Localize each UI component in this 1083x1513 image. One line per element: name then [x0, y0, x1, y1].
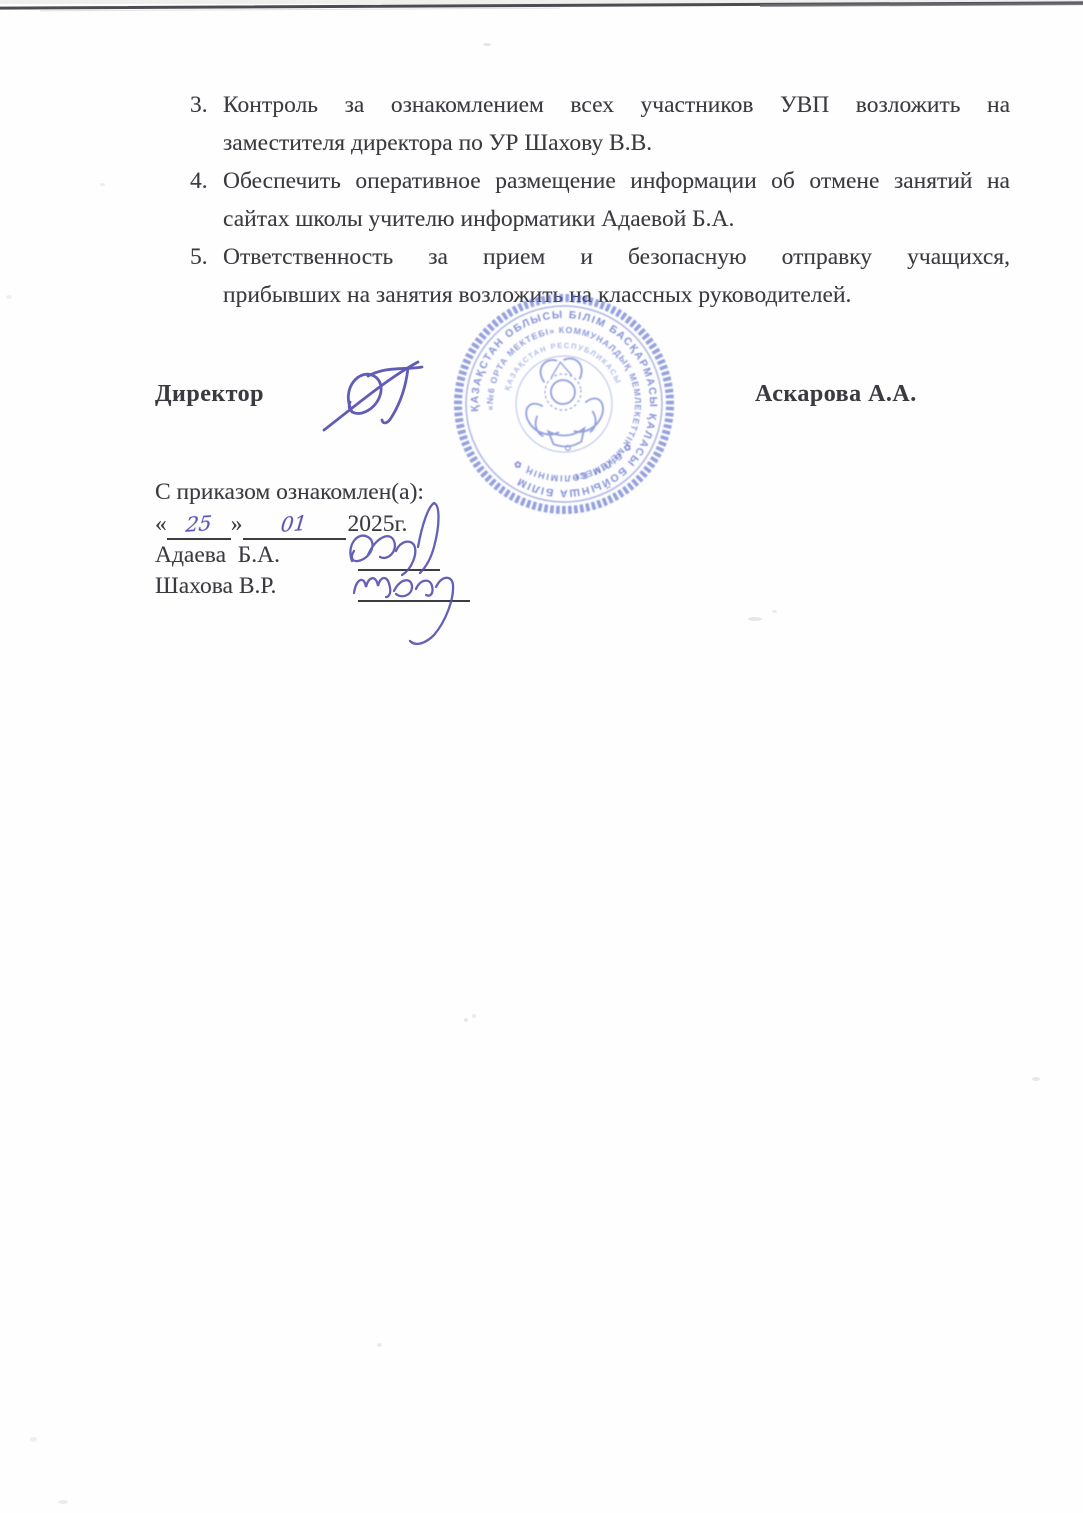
list-item-text: Обеспечить оперативное размещение информ… [223, 162, 1010, 238]
date-day-blank: 25 [167, 508, 231, 540]
director-name: Аскарова А.А. [755, 381, 917, 408]
list-item: 4. Обеспечить оперативное размещение инф… [190, 162, 1010, 238]
signature-line [358, 572, 470, 602]
handwritten-day: 25 [184, 507, 213, 541]
scan-speck [464, 1018, 468, 1022]
signatory-name: Адаева Б.А. [155, 540, 358, 571]
date-month-blank: 01 [243, 508, 346, 540]
list-item-line: заместителя директора по УР Шахову В.В. [223, 124, 1010, 162]
official-round-stamp-icon: ҚАЗАҚСТАН ОБЛЫСЫ БІЛІМ БАСҚАРМАСЫ ҚАЛАСЫ… [438, 278, 689, 529]
scan-speck [377, 1343, 382, 1347]
list-item-number: 3. [190, 86, 223, 162]
list-item-number: 5. [190, 238, 223, 314]
signatory-name: Шахова В.Р. [155, 571, 358, 602]
scan-speck [30, 1437, 37, 1442]
handwritten-month: 01 [279, 507, 308, 541]
scan-speck [6, 295, 12, 299]
open-quote: « [155, 511, 167, 537]
scan-speck [748, 617, 762, 621]
scan-speck [1032, 1077, 1040, 1081]
stamp-emblem-icon [522, 356, 607, 454]
list-item: 3. Контроль за ознакомлением всех участн… [190, 86, 1010, 162]
signatory-row: Шахова В.Р. [155, 571, 470, 602]
list-item-text: Контроль за ознакомлением всех участнико… [223, 86, 1010, 162]
scan-speck [472, 1014, 476, 1018]
list-item-line: сайтах школы учителю информатики Адаевой… [223, 200, 1010, 238]
scan-speck [100, 183, 105, 186]
shahova-signature-icon [346, 547, 491, 652]
close-quote: » [231, 511, 243, 537]
list-item-line: Контроль за ознакомлением всех участнико… [223, 86, 1010, 124]
scan-speck [772, 610, 777, 613]
scan-speck [58, 1500, 68, 1504]
scan-edge-line-right [760, 2, 1083, 7]
list-item-line: Обеспечить оперативное размещение информ… [223, 162, 1010, 200]
list-item-number: 4. [190, 162, 223, 238]
director-label: Директор [155, 381, 264, 408]
director-signature-icon [312, 348, 442, 448]
scanned-order-page: 3. Контроль за ознакомлением всех участн… [0, 0, 1083, 1513]
list-item-line: Ответственность за прием и безопасную от… [223, 238, 1010, 276]
acknowledgement-block: С приказом ознакомлен(а): «25»012025г. А… [155, 477, 470, 602]
scan-speck [483, 43, 491, 46]
order-items-list: 3. Контроль за ознакомлением всех участн… [190, 86, 1010, 314]
